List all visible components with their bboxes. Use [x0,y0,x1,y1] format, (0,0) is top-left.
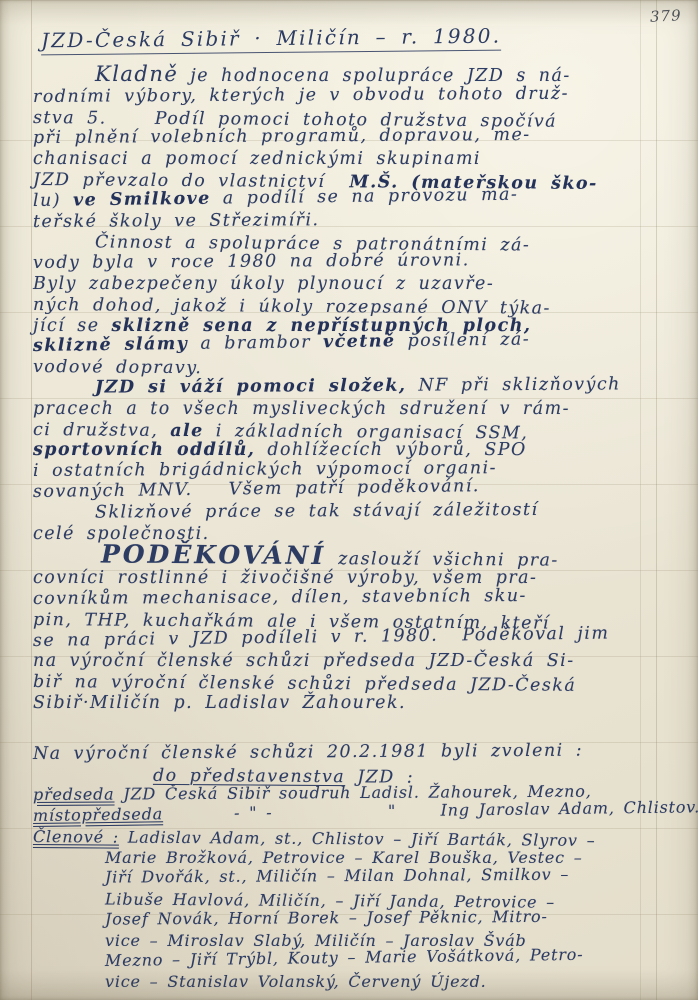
manuscript-text-segment: covníci rostlinné i živočišné výroby, vš… [33,568,537,588]
manuscript-text-segment: Ing Jaroslav Adam, Chlistov. [440,797,698,819]
manuscript-text-segment: a brambor [188,333,323,355]
manuscript-line: Jiří Dvořák, st., Miličín – Milan Dohnal… [33,865,683,890]
manuscript-text-segment: vody byla v roce 1980 na dobré úrovni. [33,251,470,274]
manuscript-text-segment: vodové dopravy. [33,357,202,378]
manuscript-line: chanisaci a pomocí zednickými skupinami [33,149,683,170]
manuscript-line: na výroční členské schůzi předseda JZD-Č… [33,651,683,672]
manuscript-text-segment: vice – Stanislav Volanský, Červený Újezd… [105,972,487,991]
manuscript-line: PODĚKOVÁNÍ zaslouží všichni pra- [33,544,683,572]
manuscript-text-segment: při plnění volebních programů, dopravou,… [33,125,531,148]
manuscript-text-segment: Ladislav Adam, st., Chlistov – Jiří Bart… [119,827,596,849]
manuscript-text-segment: PODĚKOVÁNÍ [101,540,326,571]
manuscript-text-segment: Kladně [95,62,178,86]
manuscript-line: ných dohod, jakož i úkoly rozepsané ONV … [33,295,683,320]
manuscript-text-segment: sportovních oddílů, [33,440,255,460]
manuscript-line: Na výroční členské schůzi 20.2.1981 byli… [33,740,683,765]
manuscript-lines: Kladně je hodnocena spolupráce JZD s ná-… [33,64,683,993]
manuscript-text-segment: na výroční členské schůzi předseda JZD-Č… [33,651,575,671]
manuscript-text-segment: ci družstva, [33,420,170,441]
manuscript-text-segment: ve Smilkove [73,188,211,210]
manuscript-text-segment: Josef Novák, Horní Borek – Josef Pěknic,… [105,907,548,929]
manuscript-line: teřské školy ve Střezimíři. [33,208,683,233]
manuscript-line: pracech a to všech mysliveckých sdružení… [33,399,683,420]
manuscript-line: rodními výbory, kterých je v obvodu toho… [33,83,683,108]
manuscript-text-segment: NF při sklizňových [406,374,621,395]
manuscript-text-segment: Byly zabezpečeny úkoly plynoucí z uzavře… [33,274,494,294]
manuscript-text-segment: lu) [33,190,73,211]
manuscript-line: při plnění volebních programů, dopravou,… [33,124,683,149]
manuscript-text-segment: a podílí se na provozu ma- [211,184,519,208]
page-title: JZD-Česká Sibiř · Miličín – r. 1980. [41,24,501,56]
manuscript-line: JZD si váží pomoci složek, NF při sklizň… [33,374,683,399]
manuscript-text-segment: rodními výbory, kterých je v obvodu toho… [33,84,569,107]
manuscript-line: Členové : Ladislav Adam, st., Chlistov –… [33,827,683,852]
manuscript-text-segment: jící se [33,316,112,336]
manuscript-text-segment: Na výroční členské schůzi 20.2.1981 byli… [33,740,583,763]
manuscript-text-segment: ných dohod, jakož i úkoly rozepsané ONV … [33,295,551,319]
manuscript-text-segment: včetně [323,332,396,353]
manuscript-line: Byly zabezpečeny úkoly plynoucí z uzavře… [33,274,683,295]
scanned-page: 379 JZD-Česká Sibiř · Miličín – r. 1980.… [0,0,698,1000]
manuscript-line: vody byla v roce 1980 na dobré úrovni. [33,249,683,274]
manuscript-line: Josef Novák, Horní Borek – Josef Pěknic,… [33,906,683,931]
manuscript-line: vice – Stanislav Volanský, Červený Újezd… [33,972,683,993]
manuscript-text-segment: je hodnocena spolupráce JZD s ná- [178,66,570,86]
manuscript-text-segment: Sibiř·Miličín p. Ladislav Žahourek. [33,693,406,713]
manuscript-text-segment: biř na výroční členské schůzi předseda J… [33,672,576,696]
manuscript-text-segment: JZD si váží pomoci složek, [95,376,407,398]
manuscript-text-segment: ale [170,421,204,441]
manuscript-text-segment: chanisaci a pomocí zednickými skupinami [33,149,481,169]
manuscript-text-segment: teřské školy ve Střezimíři. [33,210,320,232]
manuscript-text-segment: posílení zá- [395,330,530,352]
manuscript-text-segment: pracech a to všech mysliveckých sdružení… [33,399,570,419]
manuscript-text-segment: zaslouží všichni pra- [326,549,559,571]
manuscript-text-segment: covníkům mechanisace, dílen, stavebních … [33,586,527,609]
manuscript-text-segment: předseda [33,785,115,804]
manuscript-line: covníkům mechanisace, dílen, stavebních … [33,585,683,610]
manuscript-text-segment: - " - " [163,801,441,824]
manuscript-text-segment: místopředseda [33,804,163,825]
left-margin-line [31,0,32,1000]
manuscript-line: Sklizňové práce se tak stávají záležitos… [33,499,683,524]
manuscript-text-segment: Členové : [33,827,119,847]
manuscript-line: ci družstva, ale i základních organisací… [33,420,683,445]
manuscript-text-segment: Sklizňové práce se tak stávají záležitos… [95,500,539,523]
manuscript-text-segment: sklizně slámy [33,334,189,356]
manuscript-text-segment: Jiří Dvořák, st., Miličín – Milan Dohnal… [105,865,569,887]
manuscript: JZD-Česká Sibiř · Miličín – r. 1980. Kla… [33,22,683,993]
manuscript-text-segment: i základních organisací SSM, [204,421,529,443]
